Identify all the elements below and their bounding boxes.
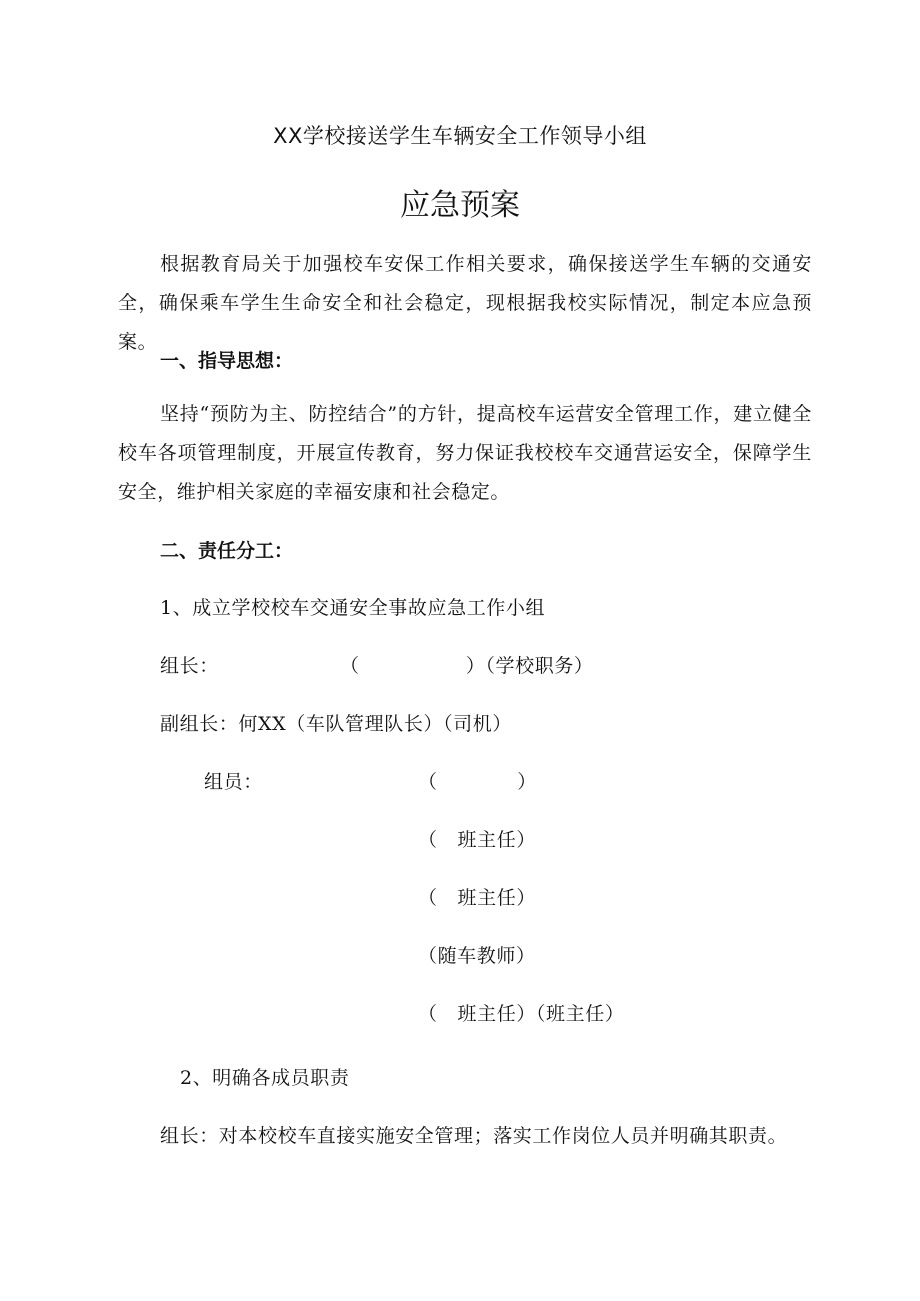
member-item: （随车教师） — [418, 941, 536, 968]
leader-position: （ ）（学校职务） — [340, 651, 594, 678]
section1-heading: 一、指导思想： — [160, 346, 293, 373]
members-label: 组员： — [204, 767, 263, 794]
leader-label: 组长： — [160, 651, 219, 678]
section1-body: 坚持“预防为主、防控结合”的方针，提高校车运营安全管理工作，建立健全校车各项管理… — [118, 395, 812, 512]
section2-heading: 二、责任分工： — [160, 536, 293, 563]
document-title: XX学校接送学生车辆安全工作领导小组 — [0, 120, 920, 150]
member-item: （ 班主任） — [418, 883, 536, 910]
item1-heading: 1、成立学校校车交通安全事故应急工作小组 — [160, 593, 545, 620]
member-item: （ 班主任）（班主任） — [418, 999, 624, 1026]
deputy-leader: 副组长：何XX（车队管理队长）（司机） — [160, 709, 512, 736]
member-item: （ 班主任） — [418, 825, 536, 852]
leader-duty: 组长：对本校校车直接实施安全管理；落实工作岗位人员并明确其职责。 — [160, 1121, 787, 1148]
item2-heading: 2、明确各成员职责 — [180, 1063, 350, 1090]
document-subtitle: 应急预案 — [0, 180, 920, 224]
member-item: （ ） — [418, 767, 537, 794]
intro-paragraph: 根据教育局关于加强校车安保工作相关要求，确保接送学生车辆的交通安全，确保乘车学生… — [118, 245, 812, 362]
